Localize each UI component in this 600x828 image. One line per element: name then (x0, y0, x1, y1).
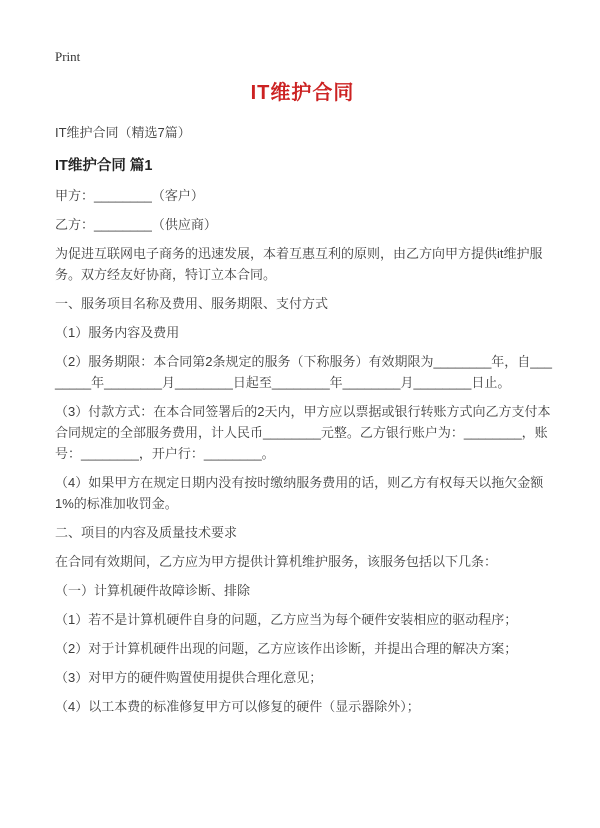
paragraph-section-one-title: 一、服务项目名称及费用、服务期限、支付方式 (55, 293, 555, 314)
paragraph-preamble: 为促进互联网电子商务的迅速发展，本着互惠互利的原则，由乙方向甲方提供it维护服务… (55, 243, 555, 285)
paragraph-party-a-blank: 甲方：________（客户） (55, 185, 555, 206)
paragraph-service-term: （2）服务期限：本合同第2条规定的服务（下称服务）有效期限为________年，… (55, 351, 555, 393)
paragraph-party-b-blank: 乙方：________（供应商） (55, 214, 555, 235)
paragraph-section-two-title: 二、项目的内容及质量技术要求 (55, 522, 555, 543)
paragraph-driver-install: （1）若不是计算机硬件自身的问题，乙方应当为每个硬件安装相应的驱动程序； (55, 609, 555, 630)
paragraph-late-penalty: （4）如果甲方在规定日期内没有按时缴纳服务费用的话，则乙方有权每天以拖欠金额1%… (55, 472, 555, 514)
paragraph-repair-cost: （4）以工本费的标准修复甲方可以修复的硬件（显示器除外）； (55, 696, 555, 717)
paragraph-service-content-fee: （1）服务内容及费用 (55, 322, 555, 343)
paragraph-payment-method: （3）付款方式：在本合同签署后的2天内，甲方应以票据或银行转账方式向乙方支付本合… (55, 401, 555, 464)
paragraph-diagnosis-solution: （2）对于计算机硬件出现的问题，乙方应该作出诊断，并提出合理的解决方案； (55, 638, 555, 659)
print-link[interactable]: Print (55, 48, 80, 65)
paragraph-maintenance-intro: 在合同有效期间，乙方应为甲方提供计算机维护服务，该服务包括以下几条： (55, 551, 555, 572)
page-title: IT维护合同 (55, 81, 550, 105)
paragraph-hardware-diagnosis-title: （一）计算机硬件故障诊断、排除 (55, 580, 555, 601)
paragraph-purchase-advice: （3）对甲方的硬件购置使用提供合理化意见； (55, 667, 555, 688)
document-page: Print IT维护合同 IT维护合同（精选7篇） IT维护合同 篇1 甲方：_… (0, 0, 600, 828)
section-heading-part1: IT维护合同 篇1 (55, 156, 550, 176)
document-subtitle: IT维护合同（精选7篇） (55, 122, 550, 143)
